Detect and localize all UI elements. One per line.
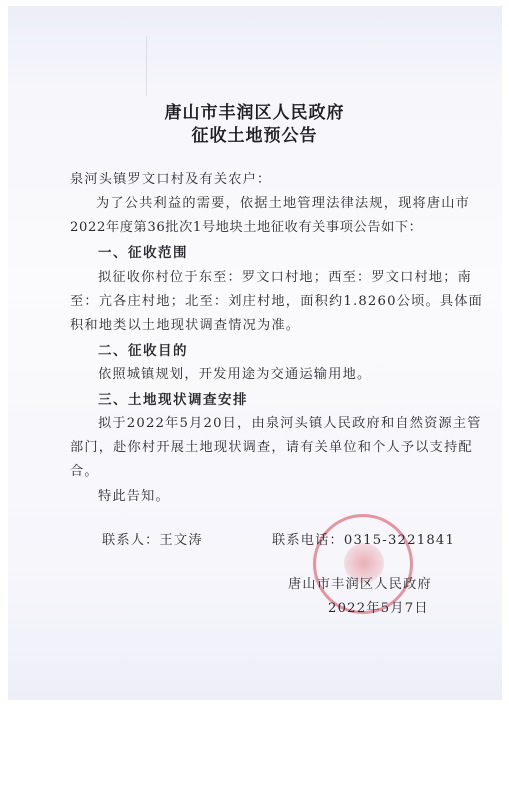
section-purpose-line-1: 依照城镇规划，开发用途为交通运输用地。 — [98, 363, 371, 382]
section-heading-scope: 一、征收范围 — [98, 241, 188, 261]
intro-line-1: 为了公共利益的需要，依据土地管理法律法规，现将唐山市 — [96, 192, 470, 211]
document-title-line2: 征收土地预公告 — [0, 121, 509, 146]
issuer-name: 唐山市丰润区人民政府 — [288, 573, 432, 592]
section-heading-purpose: 二、征收目的 — [98, 339, 188, 359]
intro-line-2: 2022年度第36批次1号地块土地征收有关事项公告如下： — [70, 216, 422, 235]
document-title-line1: 唐山市丰润区人民政府 — [0, 98, 509, 123]
section-survey-line-1: 拟于2022年5月20日，由泉河头镇人民政府和自然资源主管 — [98, 412, 482, 431]
contact-person: 联系人：王文涛 — [102, 529, 203, 548]
issue-date: 2022年5月7日 — [328, 597, 429, 616]
section-scope-line-3: 积和地类以土地现状调查情况为准。 — [70, 314, 300, 333]
closing-text: 特此告知。 — [98, 485, 170, 504]
contact-phone: 联系电话：0315-3221841 — [272, 529, 455, 548]
section-heading-survey: 三、土地现状调查安排 — [98, 388, 248, 408]
salutation: 泉河头镇罗文口村及有关农户： — [70, 168, 271, 187]
section-survey-line-2: 部门，赴你村开展土地现状调查，请有关单位和个人予以支持配 — [70, 436, 473, 455]
section-scope-line-2: 至：亢各庄村地；北至：刘庄村地，面积约1.8260公顷。具体面 — [70, 290, 483, 309]
section-survey-line-3: 合。 — [70, 460, 99, 479]
section-scope-line-1: 拟征收你村位于东至：罗文口村地；西至：罗文口村地；南 — [98, 266, 472, 285]
paper-fold-line — [146, 36, 147, 96]
